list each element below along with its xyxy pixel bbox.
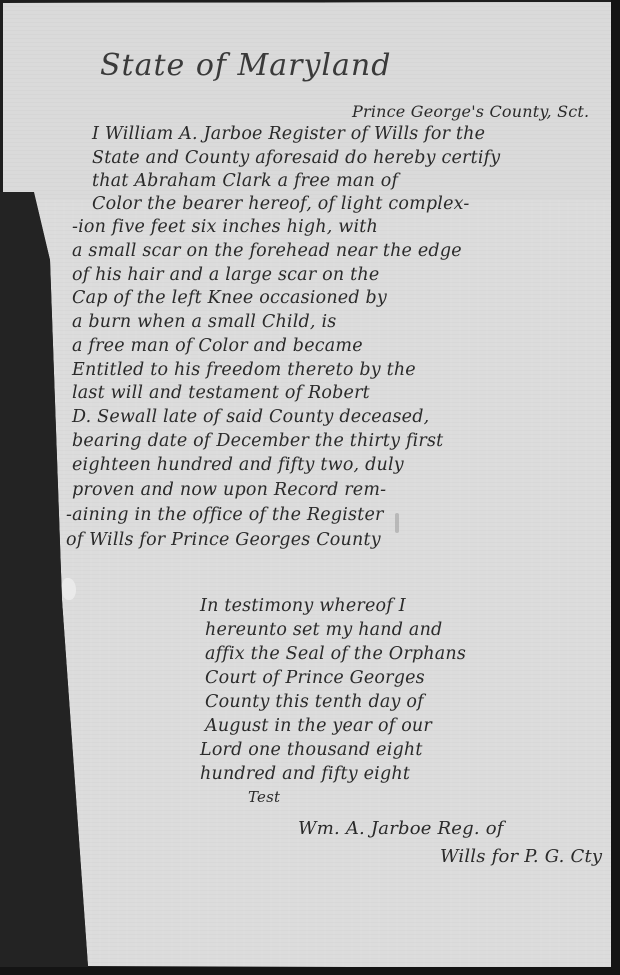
signature: Wm. A. Jarboe Reg. of [298,818,504,839]
body-line: Cap of the left Knee occasioned by [72,290,387,308]
body-line: bearing date of December the thirty firs… [72,433,443,451]
signature-title: Wills for P. G. Cty [440,846,602,867]
body-line: I William A. Jarboe Register of Wills fo… [92,126,485,144]
jurisdiction-line: Prince George's County, Sct. [352,104,589,120]
body-line: eighteen hundred and fifty two, duly [72,457,404,475]
body-line: of Wills for Prince Georges County [66,532,381,550]
body-line: a burn when a small Child, is [72,314,336,332]
testimony-line: hereunto set my hand and [205,622,442,640]
testimony-line: County this tenth day of [205,694,424,712]
ink-stain [395,513,399,533]
testimony-line: August in the year of our [205,718,432,736]
body-line: Color the bearer hereof, of light comple… [92,196,470,214]
document-heading: State of Maryland [100,48,391,83]
testimony-line: hundred and fifty eight [200,766,410,784]
body-line: that Abraham Clark a free man of [92,173,398,191]
body-line: last will and testament of Robert [72,385,370,403]
testimony-line: Lord one thousand eight [200,742,423,760]
body-line: Entitled to his freedom thereto by the [72,362,416,380]
body-line: of his hair and a large scar on the [72,267,379,285]
testimony-line: Court of Prince Georges [205,670,425,688]
body-line: D. Sewall late of said County deceased, [72,409,429,427]
attest-label: Test [248,790,280,805]
body-line: State and County aforesaid do hereby cer… [92,150,500,168]
body-line: a free man of Color and became [72,338,363,356]
scan-right-border [611,0,620,975]
body-line: proven and now upon Record rem- [72,482,386,500]
body-line: -aining in the office of the Register [66,507,384,525]
testimony-line: In testimony whereof I [200,598,406,616]
testimony-line: affix the Seal of the Orphans [205,646,466,664]
body-line: -ion five feet six inches high, with [72,219,378,237]
scan-bottom-border [0,967,620,975]
body-line: a small scar on the forehead near the ed… [72,243,462,261]
paper-tear [62,578,76,600]
